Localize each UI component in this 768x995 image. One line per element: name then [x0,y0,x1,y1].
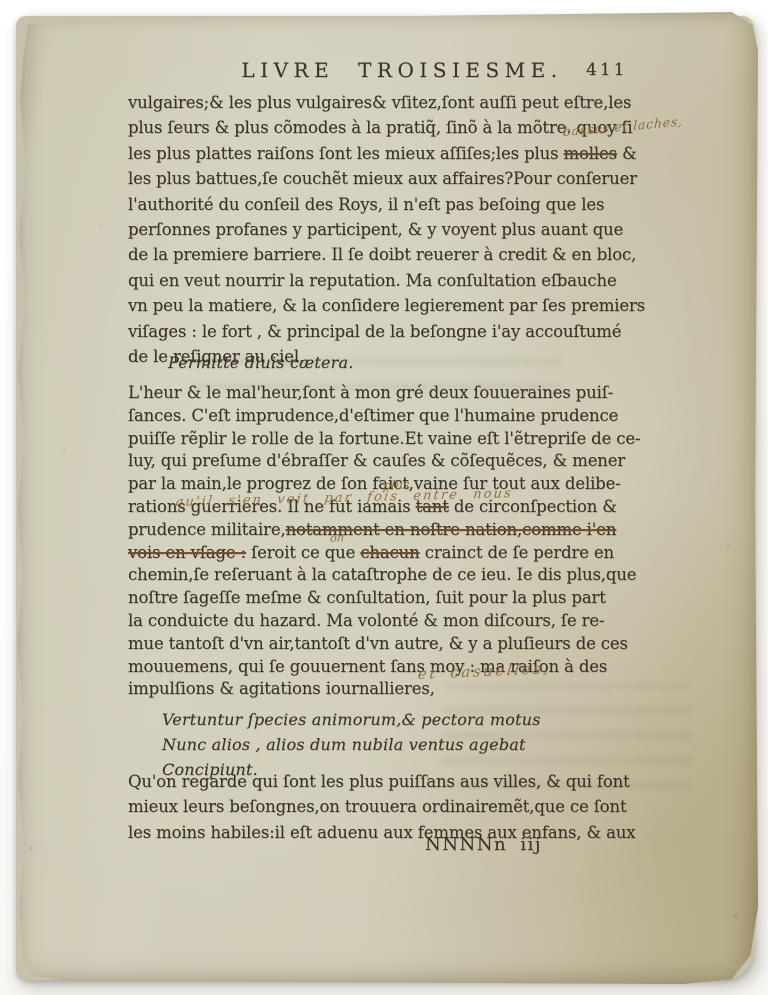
text-line: impulſions & agitations iournallieres, [128,678,688,701]
book-page: LIVRE TROISIESME. 411 vulgaires;& les pl… [12,12,758,984]
text-line: puiſſe rẽplir le rolle de la fortune.Et … [128,428,688,451]
latin-quote: Permitte diuis cætera. [128,353,688,372]
text-line: les moins habiles:il eſt aduenu aux femm… [128,820,688,845]
text-line: vn peu la matiere, & la conſidere legier… [128,293,688,318]
text-line: prudence militaire,notamment en noſtre n… [128,519,688,542]
text-line: la conduicte du hazard. Ma volonté & mon… [128,610,688,633]
text-line: vois en vſage : ſeroit ce que chacun cra… [128,542,688,565]
text-line: de la premiere barriere. Il ſe doibt reu… [128,242,688,267]
text-line: vulgaires;& les plus vulgaires& vſitez,ſ… [128,90,688,115]
paragraph-2: L'heur & le mal'heur,ſont à mon gré deux… [128,382,688,701]
text-segment: & [617,144,637,163]
page-header: LIVRE TROISIESME. 411 [128,58,676,86]
text-line: mouuemens, qui ſe gouuernent ſans moy : … [128,656,688,679]
text-line: Vertuntur ſpecies animorum,& pectora mot… [128,707,688,732]
signature-mark: NNNNn iij [425,834,542,855]
paragraph-3: Qu'on regarde qui ſont les plus puiſſans… [128,769,688,845]
text-line: noſtre ſageſſe meſme & conſultation, ſui… [128,587,688,610]
text-line: mieux leurs beſongnes,on trouuera ordina… [128,794,688,819]
text-line: mue tantoſt d'vn air,tantoſt d'vn autre,… [128,633,688,656]
text-segment: les plus plattes raiſons ſont les mieux … [128,144,564,163]
text-line: l'authorité du conſeil des Roys, il n'eſ… [128,192,688,217]
text-line: viſages : le fort , & principal de la be… [128,319,688,344]
text-line: Qu'on regarde qui ſont les plus puiſſans… [128,769,688,794]
text-segment: prudence militaire, [128,520,286,539]
text-line: les plus battues,ſe couchẽt mieux aux af… [128,166,688,191]
text-line: chemin,ſe reſeruant à la cataſtrophe de … [128,564,688,587]
text-segment: crainct de ſe perdre en [420,543,614,562]
text-line: Nunc alios , alios dum nubila ventus age… [128,732,688,757]
text-line: L'heur & le mal'heur,ſont à mon gré deux… [128,382,688,405]
text-line: perſonnes profanes y participent, & y vo… [128,217,688,242]
text-segment: ſeroit ce que [246,543,360,562]
page-number: 411 [586,60,627,80]
handwritten-insertion-on: on [329,530,345,545]
text-line: Permitte diuis cætera. [128,353,688,372]
text-line: ſances. C'eſt imprudence,d'eſtimer que l… [128,405,688,428]
scan-background: LIVRE TROISIESME. 411 vulgaires;& les pl… [0,0,768,995]
text-line: qui en veut nourrir la reputation. Ma co… [128,268,688,293]
text-line: les plus plattes raiſons ſont les mieux … [128,141,688,166]
struck-word: molles [564,144,617,163]
text-line: luy, qui preſume d'ébraſſer & cauſes & c… [128,450,688,473]
struck-phrase: vois en vſage : [128,543,246,562]
struck-word: chacun [360,543,419,562]
